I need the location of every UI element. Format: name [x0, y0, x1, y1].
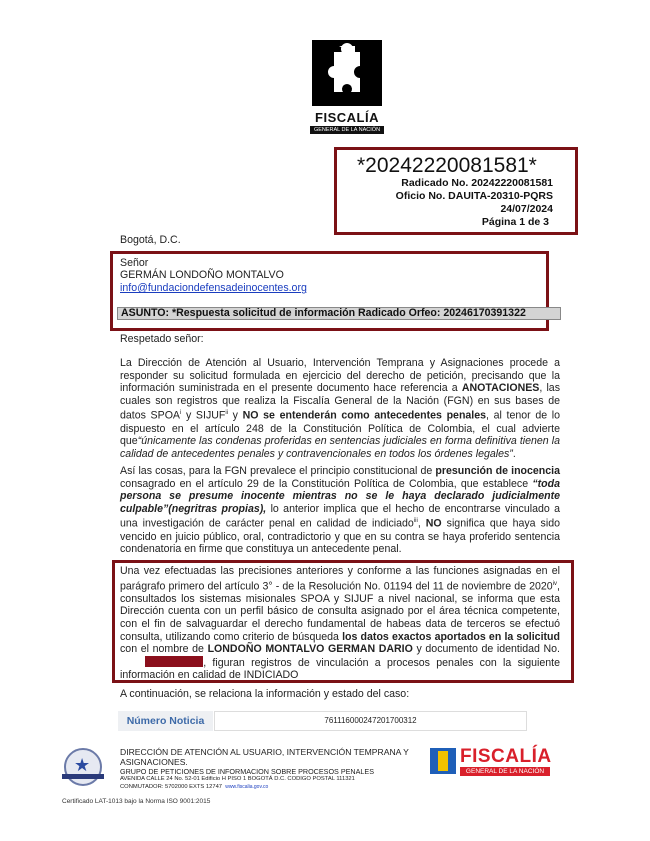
oficio-number: Oficio No. DAUITA-20310-PQRS: [396, 190, 553, 202]
iso-certificate: Certificado LAT-1013 bajo la Norma ISO 9…: [62, 798, 210, 805]
recipient-email-link[interactable]: info@fundaciondefensadeinocentes.org: [120, 282, 307, 295]
asunto-subject: ASUNTO: *Respuesta solicitud de informac…: [117, 307, 561, 320]
fiscalia-footer-logo: FISCALÍA GENERAL DE LA NACIÓN: [430, 748, 560, 778]
radicado-barcode: *20242220081581*: [357, 154, 537, 178]
city-line: Bogotá, D.C.: [120, 234, 181, 247]
footer-phone: CONMUTADOR: 5702000 EXTS 12747 www.fisca…: [120, 784, 268, 790]
logo-title: FISCALÍA: [306, 110, 388, 125]
paragraph-presuncion: Así las cosas, para la FGN prevalece el …: [120, 465, 560, 556]
recipient-name: GERMÁN LONDOÑO MONTALVO: [120, 269, 284, 282]
radicado-number: Radicado No. 20242220081581: [401, 177, 553, 189]
paragraph-anotaciones: La Dirección de Atención al Usuario, Int…: [120, 357, 560, 460]
redacted-id: [145, 656, 203, 667]
puzzle-logo-icon: [312, 40, 382, 106]
numero-noticia-label: Número Noticia: [118, 711, 213, 731]
footer-line-2: ASIGNACIONES.: [120, 757, 188, 767]
footer-website-link[interactable]: www.fiscalia.gov.co: [225, 784, 268, 790]
paragraph-consulta: Una vez efectuadas las precisiones anter…: [120, 565, 560, 682]
logo-subtitle: GENERAL DE LA NACIÓN: [310, 126, 384, 134]
footer-address: AVENIDA CALLE 24 No. 52-01 Edificio H PI…: [120, 776, 355, 782]
footer-line-3: GRUPO DE PETICIONES DE INFORMACION SOBRE…: [120, 767, 374, 776]
certification-seal-icon: ★: [64, 748, 102, 786]
numero-noticia-value: 761116000247201700312: [214, 711, 527, 731]
footer-line-1: DIRECCIÓN DE ATENCIÓN AL USUARIO, INTERV…: [120, 747, 409, 757]
puzzle-flag-icon: [430, 748, 456, 774]
salutation-title: Señor: [120, 257, 148, 270]
radicado-date: 24/07/2024: [500, 203, 553, 215]
greeting: Respetado señor:: [120, 333, 204, 346]
intro-case-info: A continuación, se relaciona la informac…: [120, 688, 409, 701]
fiscalia-logo: FISCALÍA GENERAL DE LA NACIÓN: [306, 40, 388, 132]
radicado-box: *20242220081581* Radicado No. 2024222008…: [334, 147, 578, 235]
page-number: Página 1 de 3: [482, 216, 549, 228]
